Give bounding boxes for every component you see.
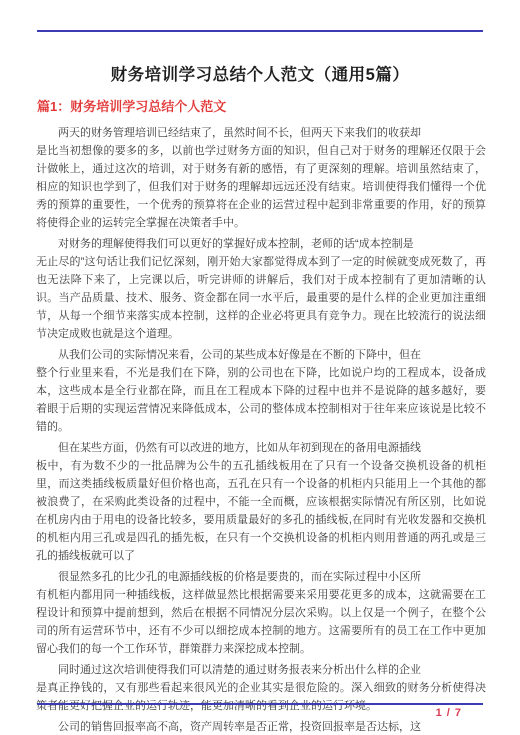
footer-divider — [37, 703, 483, 705]
paragraph-5: 很显然多孔的比少孔的电源插线板的价格是要贵的，而在实际过程中小区所 有机柜内都用… — [36, 568, 486, 658]
paragraph-1: 两天的财务管理培训已经结束了，虽然时间不长，但两天下来我们的收获却 是比当初想像… — [36, 124, 486, 232]
section-heading: 篇1：财务培训学习总结个人范文 — [37, 96, 226, 115]
paragraph-3: 从我们公司的实际情况来看，公司的某些成本好像是在不断的下降中，但在 整个行业里来… — [36, 346, 486, 436]
paragraph-2: 对财务的理解使得我们可以更好的掌握好成本控制，老师的话“成本控制是 无止尽的”这… — [36, 235, 486, 343]
document-title: 财务培训学习总结个人范文（通用5篇） — [0, 61, 520, 85]
document-page: 财务培训学习总结个人范文（通用5篇） 篇1：财务培训学习总结个人范文 两天的财务… — [0, 0, 520, 735]
header-divider — [37, 30, 483, 32]
paragraph-7: 公司的销售回报率高不高，资产周转率是否正常，投资回报率是否达标，这 — [36, 718, 486, 735]
paragraph-4: 但在某些方面，仍然有可以改进的地方，比如从年初到现在的备用电源插线 板中，有为数… — [36, 439, 486, 565]
article-body: 两天的财务管理培训已经结束了，虽然时间不长，但两天下来我们的收获却 是比当初想像… — [36, 124, 486, 735]
paragraph-6: 同时通过这次培训使得我们可以清楚的通过财务报表来分析出什么样的企业 是真正挣钱的… — [36, 661, 486, 715]
page-number: 1 / 7 — [436, 707, 462, 719]
